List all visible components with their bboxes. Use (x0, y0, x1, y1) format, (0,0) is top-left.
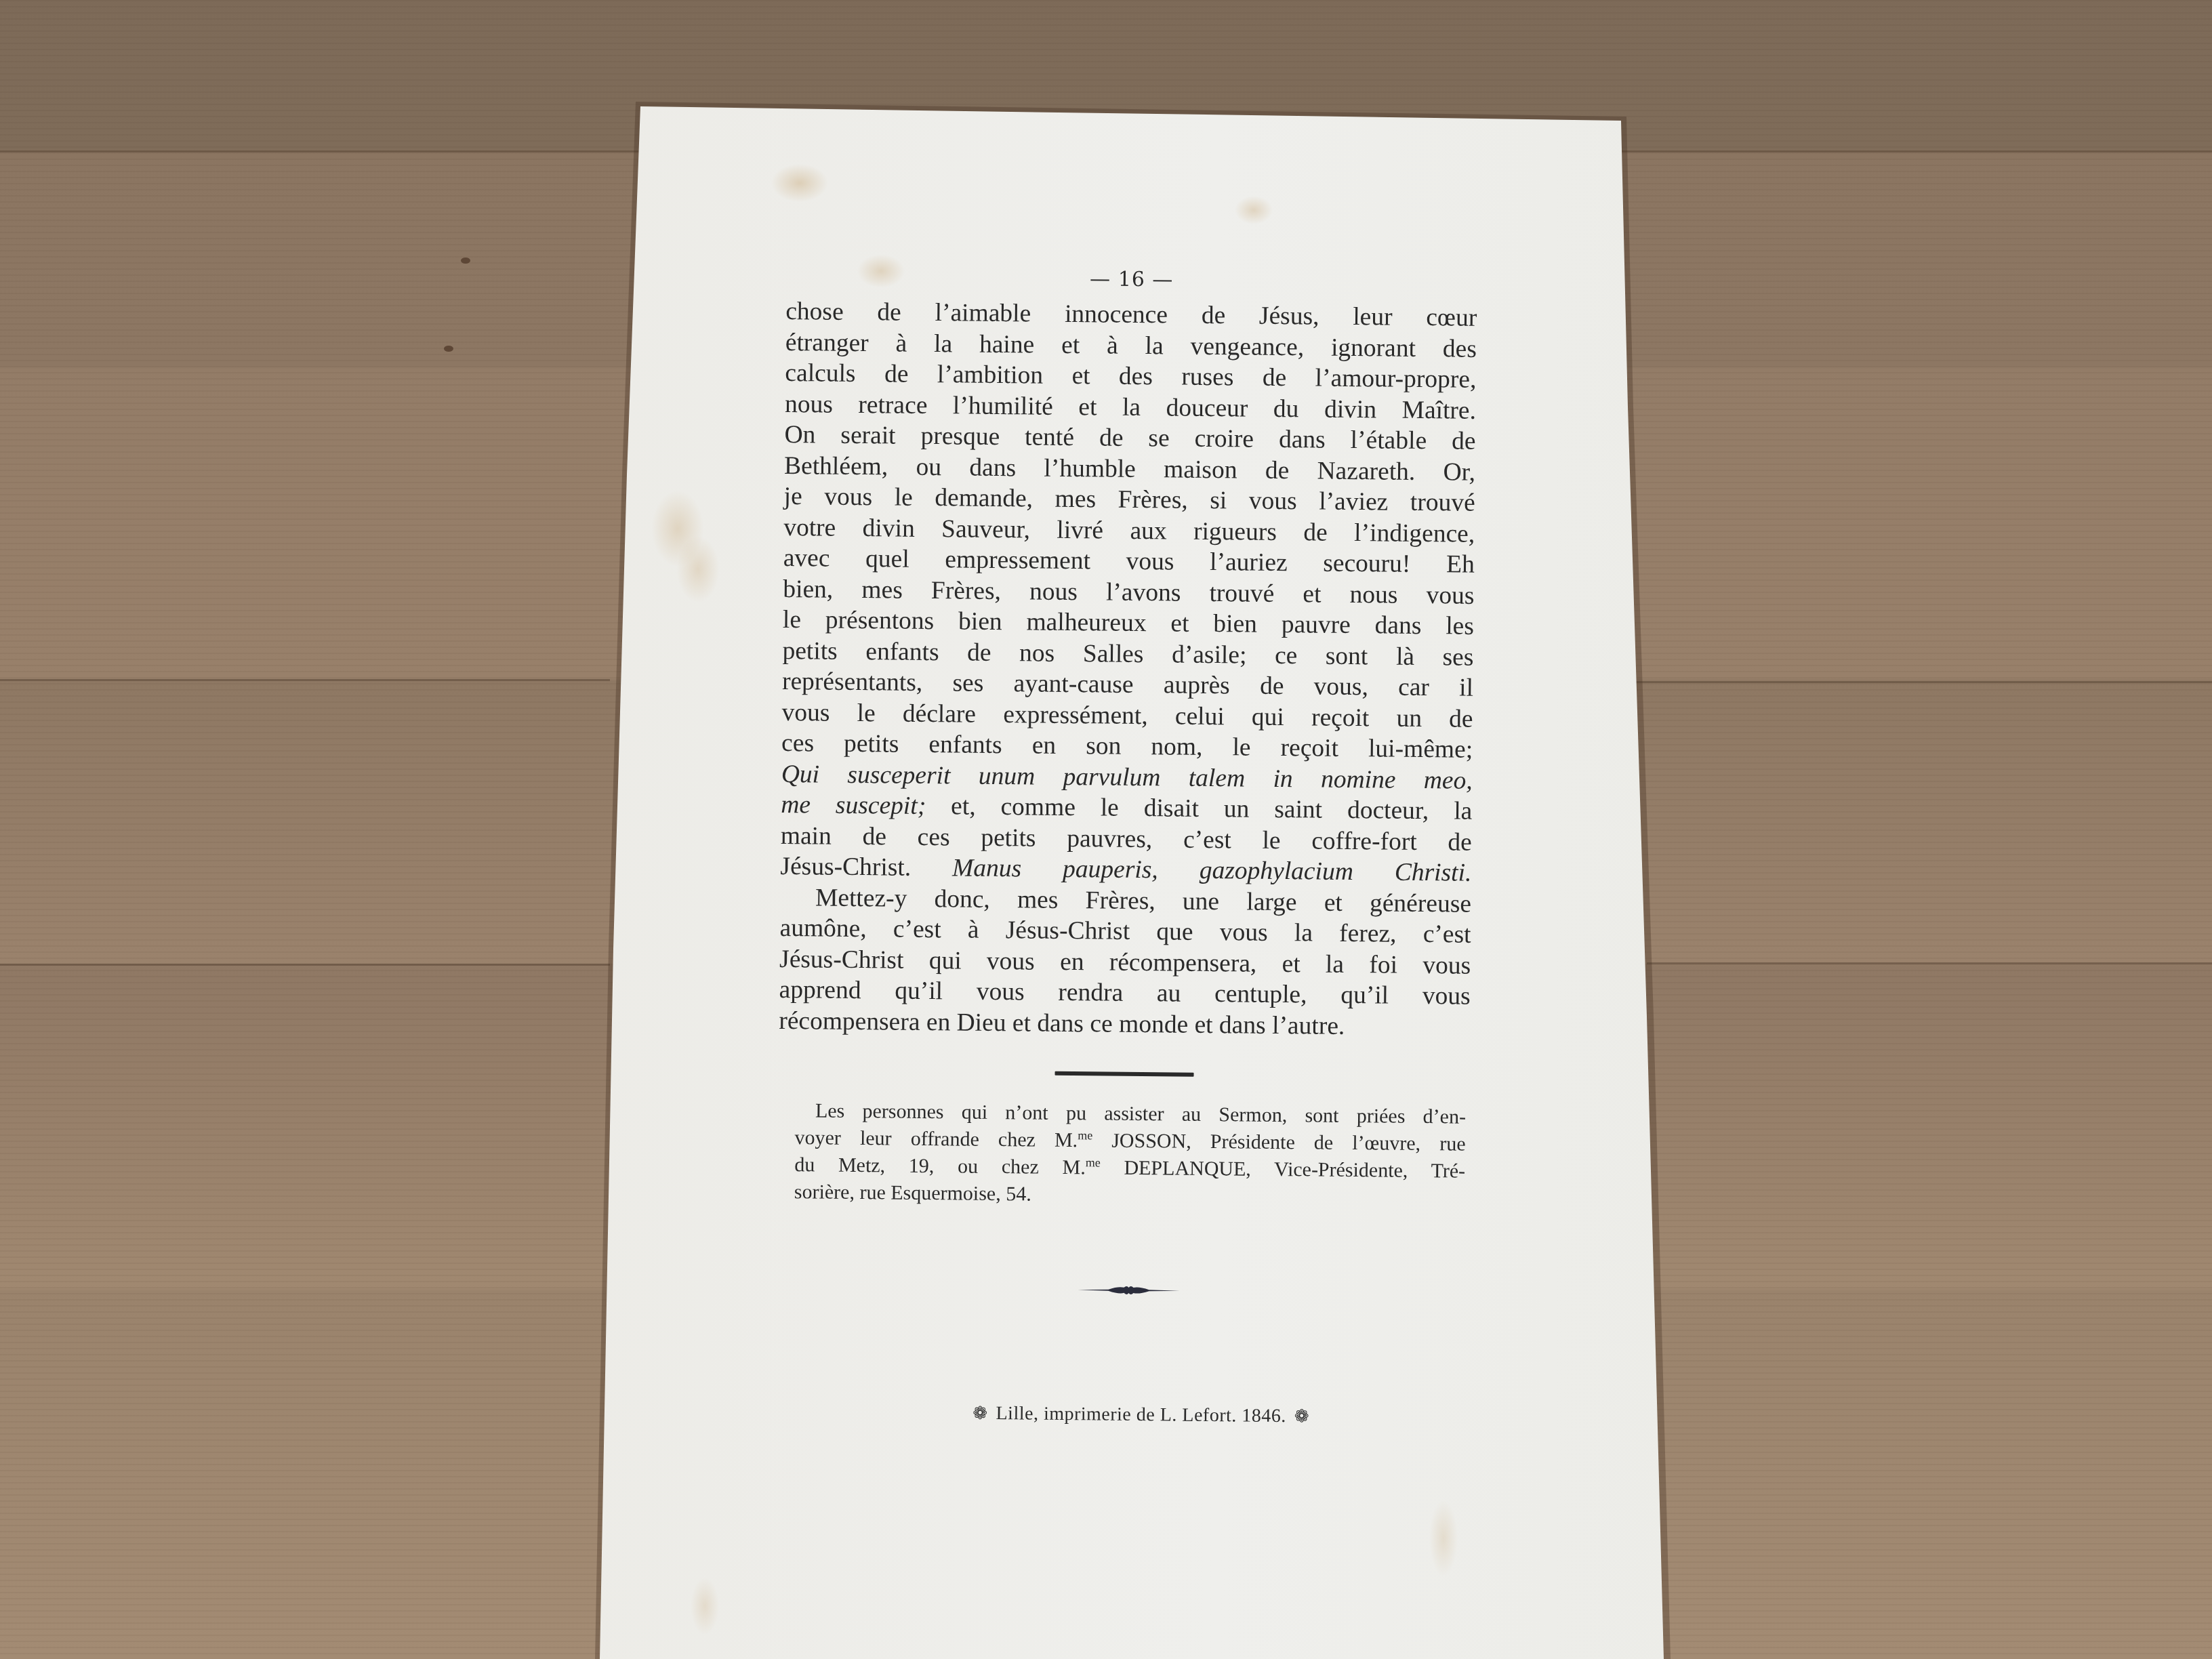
superscript: me (1086, 1155, 1101, 1169)
note-fragment: DEPLANQUE, Vice-Présidente, Tré- (1101, 1157, 1466, 1183)
wood-knot (461, 258, 470, 264)
donation-note: Les personnes qui n’ont pu assister au S… (794, 1097, 1466, 1212)
plank-seam (0, 964, 610, 966)
wood-knot (444, 346, 453, 352)
note-fragment: voyer leur offrande chez M. (794, 1126, 1078, 1151)
plank-seam (1647, 962, 2212, 964)
imprint-text: Lille, imprimerie de L. Lefort. 1846. (996, 1403, 1286, 1427)
superscript: me (1078, 1128, 1092, 1142)
note-fragment: du Metz, 19, ou chez M. (794, 1153, 1086, 1179)
fleuron-icon: ❁ (1294, 1406, 1310, 1426)
ornamental-divider-icon (1078, 1283, 1179, 1297)
horizontal-rule-divider (1054, 1071, 1193, 1077)
plank-seam (1613, 681, 2212, 683)
fleuron-icon: ❁ (972, 1404, 988, 1423)
text-fragment: Jésus-Christ. (780, 853, 952, 882)
printed-page: — 16 — chose de l’aimable innocence de J… (775, 264, 1477, 1429)
sermon-body-text: chose de l’aimable innocence de Jésus, l… (779, 296, 1477, 1043)
plank-seam (0, 679, 610, 681)
note-fragment: JOSSON, Présidente de l’œuvre, rue (1092, 1129, 1466, 1155)
text-fragment: et, comme le disait un saint docteur, la (926, 792, 1472, 825)
latin-quotation-fragment: Manus pauperis, gazophylacium Christi. (952, 854, 1472, 886)
latin-quotation-fragment: me suscepit; (781, 791, 926, 820)
